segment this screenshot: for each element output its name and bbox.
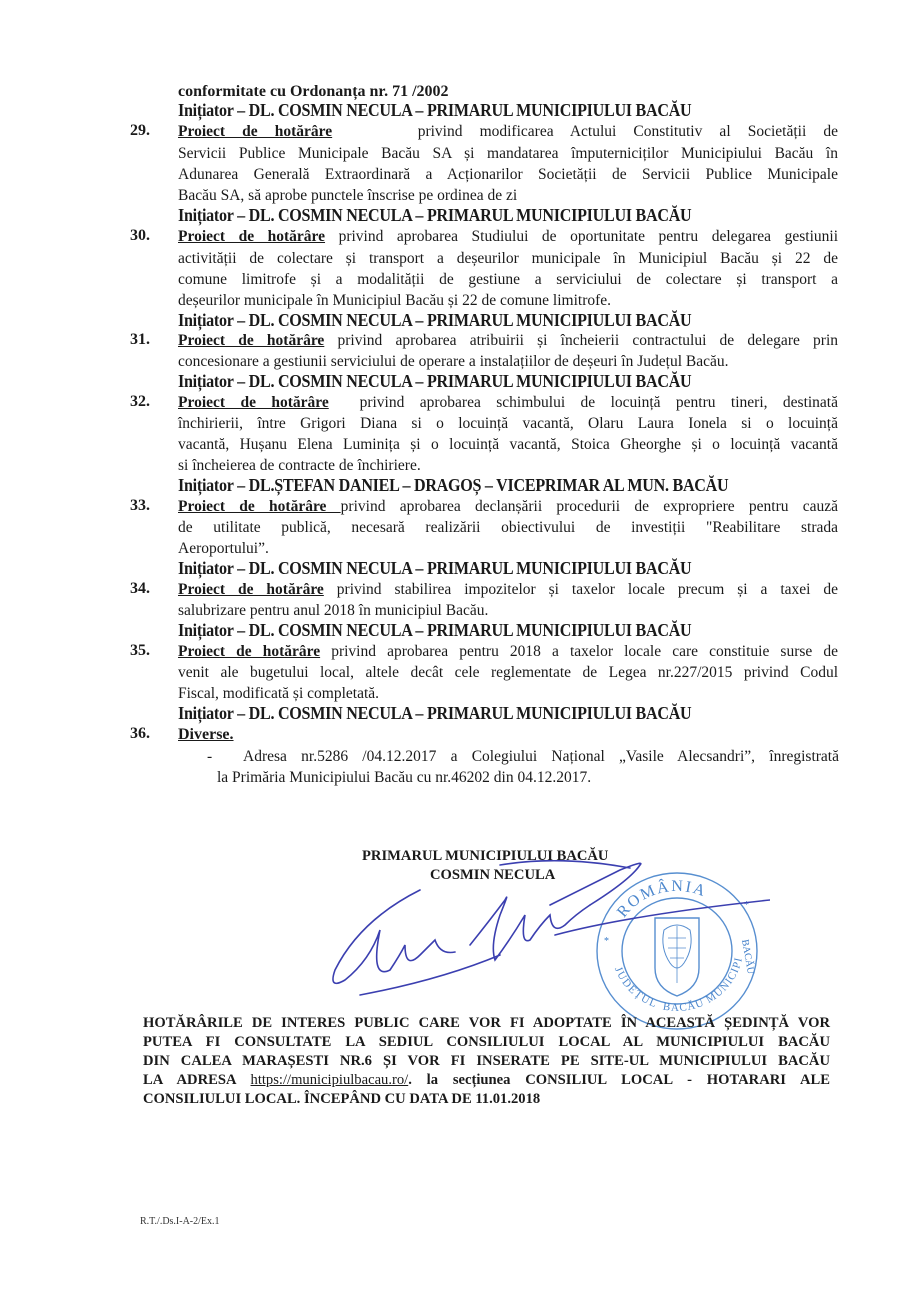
initiator-line: Inițiator – DL. COSMIN NECULA – PRIMARUL… xyxy=(178,206,691,225)
document-page: conformitate cu Ordonanța nr. 71 /2002 I… xyxy=(0,0,918,1308)
item-36-line-1: Adresa nr.5286 /04.12.2017 a Colegiului … xyxy=(243,747,839,766)
item-29-line-2: Servicii Publice Municipale Bacău SA și … xyxy=(178,144,838,163)
item-29-line-1: Proiect de hotărâre privind modificarea … xyxy=(178,122,838,141)
item-33-line-1: Proiect de hotărâre privind aprobarea de… xyxy=(178,497,838,516)
item-34-line-1: Proiect de hotărâre privind stabilirea i… xyxy=(178,580,838,599)
item-36-line-2: la Primăria Municipiului Bacău cu nr.462… xyxy=(217,768,591,787)
item-heading: Proiect de hotărâre xyxy=(178,643,320,660)
notice-line: PUTEA FI CONSULTATE LA SEDIUL CONSILIULU… xyxy=(143,1033,830,1052)
item-number: 33. xyxy=(130,497,150,515)
item-number: 29. xyxy=(130,122,150,140)
item-number: 34. xyxy=(130,580,150,598)
item-heading: Proiect de hotărâre xyxy=(178,228,325,245)
item-number: 30. xyxy=(130,227,150,245)
item-35-line-1: Proiect de hotărâre privind aprobarea pe… xyxy=(178,642,838,661)
item-heading: Proiect de hotărâre xyxy=(178,498,341,515)
item-30-line-3: comune limitrofe și a modalității de ges… xyxy=(178,270,838,289)
item-heading: Proiect de hotărâre xyxy=(178,332,324,349)
website-link[interactable]: https://municipiulbacau.ro/ xyxy=(251,1072,409,1088)
item-heading: Proiect de hotărâre xyxy=(178,394,329,411)
item-heading: Diverse. xyxy=(178,725,234,744)
initiator-line: Inițiator – DL. COSMIN NECULA – PRIMARUL… xyxy=(178,621,691,640)
item-30-line-1: Proiect de hotărâre privind aprobarea St… xyxy=(178,227,838,246)
item-32-line-1: Proiect de hotărâre privind aprobarea sc… xyxy=(178,393,838,412)
item-number: 32. xyxy=(130,393,150,411)
item-heading: Proiect de hotărâre xyxy=(178,123,332,140)
item-30-line-2: activității de colectare și transport a … xyxy=(178,249,838,268)
item-32-line-4: si încheierea de contracte de închiriere… xyxy=(178,456,421,475)
item-32-line-3: vacantă, Hușanu Elena Luminița și o locu… xyxy=(178,435,838,454)
notice-line: CONSILIULUI LOCAL. ÎNCEPÂND CU DATA DE 1… xyxy=(143,1090,830,1109)
initiator-line: Inițiator – DL. COSMIN NECULA – PRIMARUL… xyxy=(178,372,691,391)
initiator-line: Inițiator – DL. COSMIN NECULA – PRIMARUL… xyxy=(178,311,691,330)
notice-line: DIN CALEA MARAȘESTI NR.6 ȘI VOR FI INSER… xyxy=(143,1052,830,1071)
intro-text: conformitate cu Ordonanța nr. 71 /2002 xyxy=(178,82,449,101)
notice-line: HOTĂRÂRILE DE INTERES PUBLIC CARE VOR FI… xyxy=(143,1014,830,1033)
item-35-line-2: venit ale bugetului local, altele decât … xyxy=(178,663,838,682)
item-29-line-4: Bacău SA, să aprobe punctele înscrise pe… xyxy=(178,186,517,205)
initiator-line: Inițiator – DL. COSMIN NECULA – PRIMARUL… xyxy=(178,559,691,578)
item-32-line-2: închirierii, între Grigori Diana si o lo… xyxy=(178,414,838,433)
document-reference: R.T./.Ds.I-A-2/Ex.1 xyxy=(140,1216,220,1227)
item-number: 35. xyxy=(130,642,150,660)
signature-scribble-icon xyxy=(300,860,770,1000)
item-number: 31. xyxy=(130,331,150,349)
item-30-line-4: deșeurilor municipale în Municipiul Bacă… xyxy=(178,291,611,310)
item-31-line-1: Proiect de hotărâre privind aprobarea at… xyxy=(178,331,838,350)
item-heading: Proiect de hotărâre xyxy=(178,581,324,598)
notice-line: LA ADRESA https://municipiulbacau.ro/. l… xyxy=(143,1071,830,1090)
initiator-line: Inițiator – DL. COSMIN NECULA – PRIMARUL… xyxy=(178,704,691,723)
initiator-line: Inițiator – DL.ȘTEFAN DANIEL – DRAGOȘ – … xyxy=(178,476,728,495)
item-31-line-2: concesionare a gestiunii serviciului de … xyxy=(178,352,729,371)
initiator-line: Inițiator – DL. COSMIN NECULA – PRIMARUL… xyxy=(178,101,691,120)
item-33-line-2: de utilitate publică, necesară realizări… xyxy=(178,518,838,537)
item-34-line-2: salubrizare pentru anul 2018 în municipi… xyxy=(178,601,488,620)
item-number: 36. xyxy=(130,725,150,743)
item-35-line-3: Fiscal, modificată și completată. xyxy=(178,684,379,703)
public-notice: HOTĂRÂRILE DE INTERES PUBLIC CARE VOR FI… xyxy=(143,1014,830,1109)
bullet-dash: - xyxy=(207,747,212,766)
item-33-line-3: Aeroportului”. xyxy=(178,539,269,558)
item-29-line-3: Adunarea Generală Extraordinară a Acțion… xyxy=(178,165,838,184)
